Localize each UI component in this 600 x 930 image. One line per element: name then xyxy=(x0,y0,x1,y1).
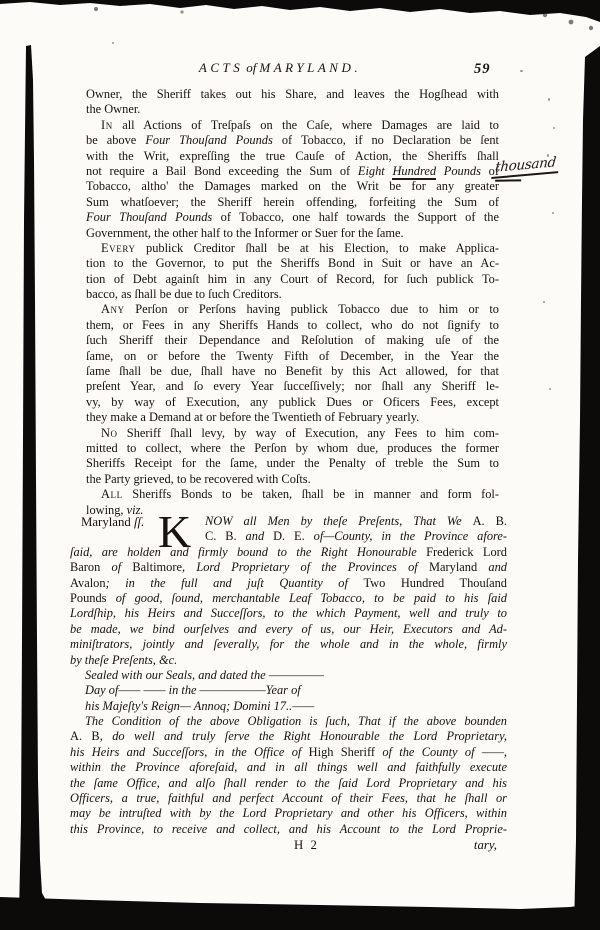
text-run: all Actions of Treſpaſs on the Caſe, whe… xyxy=(113,118,499,132)
text-line: All Sheriffs Bonds to be taken, ſhall be… xyxy=(86,487,499,502)
text-run: D. E. xyxy=(273,529,305,543)
text-line: Tobacco, altho' the Damages marked on th… xyxy=(86,179,499,194)
paragraph-trespass-bail-bond: In all Actions of Treſpaſs on the Caſe, … xyxy=(86,118,499,241)
text-line: Owner, the Sheriff takes out his Share, … xyxy=(86,87,499,102)
text-run: of—County, in the Province afore- xyxy=(305,529,507,543)
text-run: Baron xyxy=(70,560,100,574)
paragraph-owner-share: Owner, the Sheriff takes out his Share, … xyxy=(86,87,499,118)
text-line: mitted to collect, where the Perſon by w… xyxy=(86,441,499,456)
text-line: tion to the Governor, to put the Sheriff… xyxy=(86,256,499,271)
text-line: Government, the other half to the Inform… xyxy=(86,226,499,241)
handwritten-margin-note: thousand xyxy=(491,154,559,179)
running-title-acts: ACTS xyxy=(199,60,243,75)
text-run: Every xyxy=(101,241,136,255)
paragraph-tobacco-due: Any Perſon or Perſons having publick Tob… xyxy=(86,302,499,425)
book-gutter-shadow-left xyxy=(19,45,48,914)
text-run: ſaid, are holden and firmly bound to the… xyxy=(70,545,426,559)
scan-speckle xyxy=(112,42,114,44)
text-run: Sealed with our Seals, and dated the ———… xyxy=(85,668,324,682)
scan-speckle xyxy=(548,98,550,101)
text-run: the Owner. xyxy=(86,102,140,116)
text-run: Hundred xyxy=(392,164,436,180)
bond-opening-lines: NOW all Men by theſe Preſents, That We A… xyxy=(70,514,507,668)
text-run: tion of Debt againſt him in any Court of… xyxy=(86,272,499,286)
text-line: Day of—— —— in the ——————Year of xyxy=(70,683,507,698)
text-run: of good, ſound, merchantable Leaf Tobacc… xyxy=(107,591,508,605)
text-run: Pounds xyxy=(70,591,107,605)
text-run: C. B. xyxy=(205,529,237,543)
text-run: Sheriff ſhall levy, by way of Execution,… xyxy=(118,426,499,440)
text-run: Lordſhip, his Heirs and Succeſſors, to t… xyxy=(70,606,507,620)
text-run: and xyxy=(237,529,273,543)
text-line: within the Province aforeſaid, and in al… xyxy=(70,760,507,775)
bond-sealed-clause: Sealed with our Seals, and dated the ———… xyxy=(70,668,507,714)
bond-opening: Maryland ſſ. K NOW all Men by theſe Preſ… xyxy=(70,514,507,668)
text-line: by theſe Preſents, &c. xyxy=(70,653,507,668)
text-run: ſame ſhall be due, ſhall have no Benefit… xyxy=(86,364,499,378)
text-run: Baltimore xyxy=(132,560,182,574)
text-line: ſaid, are holden and firmly bound to the… xyxy=(70,545,507,560)
text-line: ſuch Sheriff their Dependance and Reſolu… xyxy=(86,333,499,348)
text-run: Four Thouſand Pounds xyxy=(145,133,273,147)
text-run: of Tobacco, if no Declaration be ſent xyxy=(273,133,499,147)
text-line: be made, we bind ourſelves and every of … xyxy=(70,622,507,637)
text-run: with the Writ, expreſſing the true Cauſe… xyxy=(86,149,499,163)
text-run: the Party grieved, to be recovered with … xyxy=(86,472,311,486)
text-run: The Condition of the above Obligation is… xyxy=(85,714,507,728)
sheriffs-bond-form: Maryland ſſ. K NOW all Men by theſe Preſ… xyxy=(70,514,507,837)
text-run: the ſame Office, and alſo ſhall render t… xyxy=(70,776,507,790)
scan-speckle xyxy=(543,13,547,17)
text-line: ſame, on or before the Twenty Fifth of D… xyxy=(86,349,499,364)
text-run: High Sheriff xyxy=(309,745,375,759)
text-run: them, or Fees in any Sheriffs Hands to c… xyxy=(86,318,499,332)
handwritten-thousand: thousand xyxy=(491,154,559,179)
text-line: tion of Debt againſt him in any Court of… xyxy=(86,272,499,287)
text-run: his Majeſty's Reign— Annoq; Domini 17..—… xyxy=(85,699,314,713)
scanned-page: ACTSofMARYLAND. 59 Owner, the Sheriff ta… xyxy=(0,0,600,930)
text-run: NOW all Men by theſe Preſents, That We xyxy=(205,514,473,528)
text-run: Sum whatſoever; the Sheriff herein offen… xyxy=(86,195,499,209)
text-line: bacco, as ſhall be due to ſuch Creditors… xyxy=(86,287,499,302)
text-run: Four Thouſand Pounds xyxy=(86,210,212,224)
paragraph-publick-creditor: Every publick Creditor ſhall be at his E… xyxy=(86,241,499,303)
text-run: they make a Demand at or before the Twen… xyxy=(86,410,419,424)
text-run: publick Creditor ſhall be at his Electio… xyxy=(136,241,499,255)
text-run: ; in the full and juſt Quantity of xyxy=(106,576,364,590)
text-run: Day of—— —— in the ——————Year of xyxy=(85,683,301,697)
text-run: Perſon or Perſons having publick Tobacco… xyxy=(125,302,499,316)
text-run: be made, we bind ourſelves and every of … xyxy=(70,622,507,636)
running-title: ACTSofMARYLAND. xyxy=(70,60,490,76)
text-line: The Condition of the above Obligation is… xyxy=(70,714,507,729)
text-line: In all Actions of Treſpaſs on the Caſe, … xyxy=(86,118,499,133)
marginal-label-maryland: Maryland ſſ. xyxy=(81,515,144,530)
catchword: tary, xyxy=(474,838,497,853)
text-run: may be intruſted with by the Lord Propri… xyxy=(70,806,507,820)
text-run: A. B, xyxy=(70,729,103,743)
running-title-maryland: MARYLAND. xyxy=(259,60,361,75)
act-text: Owner, the Sheriff takes out his Share, … xyxy=(86,87,499,518)
text-line: Any Perſon or Perſons having publick Tob… xyxy=(86,302,499,317)
text-run: miniſtrators, jointly and ſeverally, for… xyxy=(70,637,507,651)
text-line: miniſtrators, jointly and ſeverally, for… xyxy=(70,637,507,652)
text-run: this Province, to receive and collect, a… xyxy=(70,822,507,836)
text-run: by theſe Preſents, &c. xyxy=(70,653,177,667)
text-run: his Heirs and Succeſſors, in the Office … xyxy=(70,745,309,759)
text-line: Sealed with our Seals, and dated the ———… xyxy=(70,668,507,683)
text-line: Avalon; in the full and juſt Quantity of… xyxy=(70,576,507,591)
text-run: , Lord Proprietary of the Provinces of xyxy=(182,560,429,574)
text-line: Lordſhip, his Heirs and Succeſſors, to t… xyxy=(70,606,507,621)
text-line: may be intruſted with by the Lord Propri… xyxy=(70,806,507,821)
bond-condition-clause: The Condition of the above Obligation is… xyxy=(70,714,507,837)
scan-speckle xyxy=(552,212,554,214)
text-line: ſame ſhall be due, ſhall have no Benefit… xyxy=(86,364,499,379)
text-run: vy, by way of Execution, any publick Due… xyxy=(86,395,499,409)
text-line: the Party grieved, to be recovered with … xyxy=(86,472,499,487)
text-line: Sum whatſoever; the Sheriff herein offen… xyxy=(86,195,499,210)
scan-speckle xyxy=(589,26,593,30)
scan-speckle xyxy=(549,388,551,390)
text-line: them, or Fees in any Sheriffs Hands to c… xyxy=(86,318,499,333)
dropcap-k: K xyxy=(158,510,191,554)
text-line: Officers, a true, faithful and perfect A… xyxy=(70,791,507,806)
text-line: Every publick Creditor ſhall be at his E… xyxy=(86,241,499,256)
text-run: Government, the other half to the Inform… xyxy=(86,226,404,240)
scan-edge-top xyxy=(0,0,600,22)
text-run: Avalon xyxy=(70,576,106,590)
text-run: Pounds xyxy=(436,164,481,178)
text-run: of Tobacco, one half towards the Support… xyxy=(212,210,499,224)
signature-mark: H 2 xyxy=(294,838,319,853)
text-run: tion to the Governor, to put the Sheriff… xyxy=(86,256,499,270)
scan-speckle xyxy=(569,20,574,25)
text-line: with the Writ, expreſſing the true Cauſe… xyxy=(86,149,499,164)
paragraph-no-sheriff-levy: No Sheriff ſhall levy, by way of Executi… xyxy=(86,426,499,488)
text-line: Pounds of good, ſound, merchantable Leaf… xyxy=(70,591,507,606)
text-run: No xyxy=(101,426,118,440)
text-line: the ſame Office, and alſo ſhall render t… xyxy=(70,776,507,791)
scan-edge-right xyxy=(574,46,600,930)
text-line: the Owner. xyxy=(86,102,499,117)
text-line: A. B, do well and truly ſerve the Right … xyxy=(70,729,507,744)
scan-speckle xyxy=(94,7,98,11)
page-number: 59 xyxy=(474,61,491,78)
text-line: his Majeſty's Reign— Annoq; Domini 17..—… xyxy=(70,699,507,714)
text-run: A. B. xyxy=(473,514,507,528)
text-run: Maryland xyxy=(429,560,477,574)
text-line: this Province, to receive and collect, a… xyxy=(70,822,507,837)
text-line: C. B. and D. E. of—County, in the Provin… xyxy=(70,529,507,544)
text-run: bacco, as ſhall be due to ſuch Creditors… xyxy=(86,287,282,301)
text-run: Tobacco, altho' the Damages marked on th… xyxy=(86,179,499,193)
scan-speckle xyxy=(553,127,555,129)
text-line: his Heirs and Succeſſors, in the Office … xyxy=(70,745,507,760)
marginal-maryland-text: Maryland xyxy=(81,515,131,529)
text-line: Baron of Baltimore, Lord Proprietary of … xyxy=(70,560,507,575)
scan-speckle xyxy=(520,70,523,72)
scan-speckle xyxy=(180,10,183,13)
signature-row: H 2 tary, xyxy=(70,838,507,854)
text-run: In xyxy=(101,118,113,132)
text-run: Eight xyxy=(358,164,393,178)
text-run: Frederick Lord xyxy=(426,545,507,559)
text-run: Officers, a true, faithful and perfect A… xyxy=(70,791,507,805)
text-run: within the Province aforeſaid, and in al… xyxy=(70,760,507,774)
text-line: preſent Year, and ſo every Year ſucceſſi… xyxy=(86,379,499,394)
scan-edge-bottom xyxy=(0,897,600,930)
text-run: of the County of ——, xyxy=(375,745,507,759)
running-title-of: of xyxy=(243,60,259,75)
scilicet-abbreviation: ſſ. xyxy=(134,515,144,529)
text-run: and xyxy=(477,560,507,574)
text-run: ſuch Sheriff their Dependance and Reſolu… xyxy=(86,333,499,347)
text-run: Sheriffs Receipt for the ſame, under the… xyxy=(86,456,499,470)
text-run: be above xyxy=(86,133,145,147)
text-run: Sheriffs Bonds to be taken, ſhall be in … xyxy=(123,487,499,501)
text-line: Four Thouſand Pounds of Tobacco, one hal… xyxy=(86,210,499,225)
text-run: preſent Year, and ſo every Year ſucceſſi… xyxy=(86,379,499,393)
text-line: vy, by way of Execution, any publick Due… xyxy=(86,395,499,410)
text-run: do well and truly ſerve the Right Honour… xyxy=(103,729,507,743)
text-run: Any xyxy=(101,302,125,316)
scan-speckle xyxy=(543,301,545,303)
text-line: Sheriffs Receipt for the ſame, under the… xyxy=(86,456,499,471)
text-run: All xyxy=(101,487,123,501)
text-line: No Sheriff ſhall levy, by way of Executi… xyxy=(86,426,499,441)
text-run: Owner, the Sheriff takes out his Share, … xyxy=(86,87,499,101)
text-run: ſame, on or before the Twenty Fifth of D… xyxy=(86,349,499,363)
text-line: they make a Demand at or before the Twen… xyxy=(86,410,499,425)
text-run: Two Hundred Thouſand xyxy=(363,576,507,590)
text-line: be above Four Thouſand Pounds of Tobacco… xyxy=(86,133,499,148)
text-run: of xyxy=(100,560,132,574)
text-line: not require a Bail Bond exceeding the Su… xyxy=(86,164,499,179)
text-run: mitted to collect, where the Perſon by w… xyxy=(86,441,499,455)
text-run: not require a Bail Bond exceeding the Su… xyxy=(86,164,358,178)
